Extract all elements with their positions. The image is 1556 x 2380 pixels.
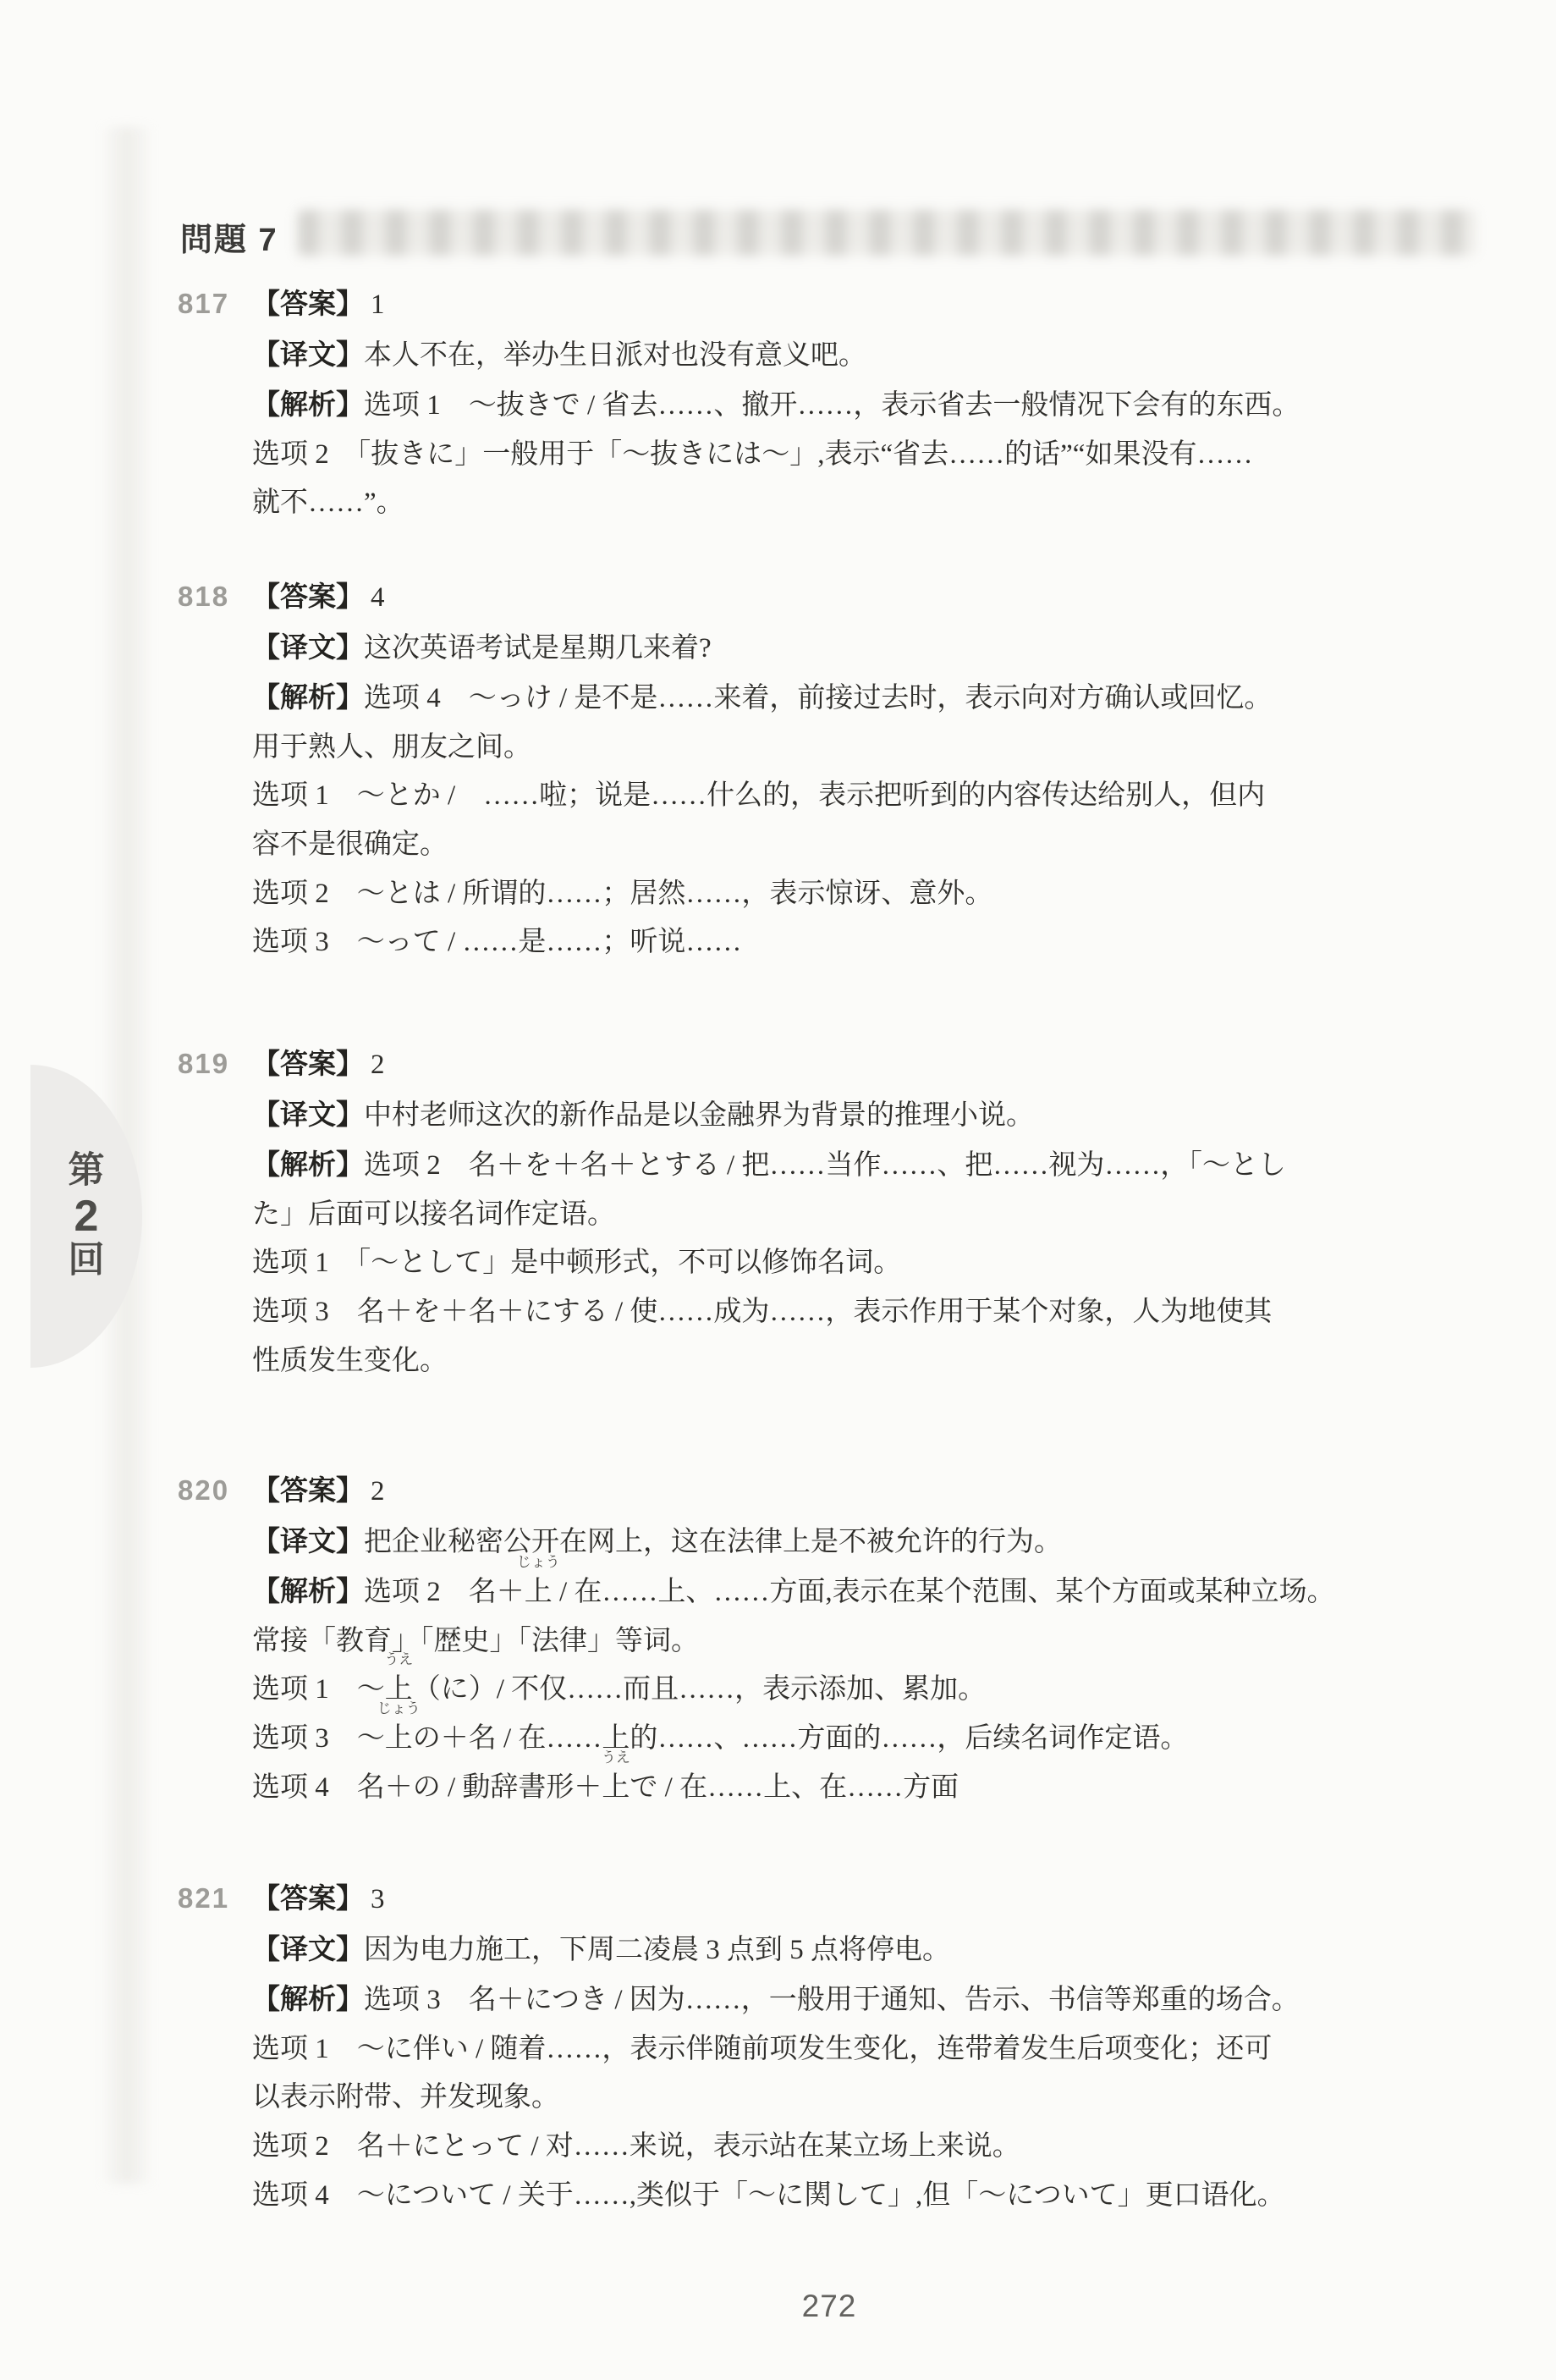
text-line: 选项 1 ～上うえ（に）/ 不仅……而且……，表示添加、累加。 xyxy=(252,1666,1496,1715)
text-line: 选项 2 「抜きに」一般用于「～抜きには～」,表示“省去……的话”“如果没有…… xyxy=(252,431,1496,480)
text-line: 选项 3 名＋を＋名＋にする / 使……成为……，表示作用于某个对象，人为地使其 xyxy=(252,1288,1496,1337)
text-line: 选项 1 ～とか / ……啦；说是……什么的，表示把听到的内容传达给别人，但内 xyxy=(252,772,1496,821)
section-label: 【解析】 xyxy=(252,388,364,420)
answer-label: 【答案】 xyxy=(252,581,364,612)
item-number: 818 xyxy=(178,572,229,621)
section-label: 【译文】 xyxy=(252,1525,364,1556)
text-line: 选项 4 名＋の / 動辞書形＋上うえで / 在……上、在……方面 xyxy=(252,1764,1496,1813)
text-line: 【译文】本人不在，举办生日派对也没有意义吧。 xyxy=(252,330,1496,381)
text-line: 【译文】中村老师这次的新作品是以金融界为背景的推理小说。 xyxy=(252,1090,1496,1141)
text-line: 【解析】选项 2 名＋上じょう / 在……上、……方面,表示在某个范围、某个方面… xyxy=(252,1567,1496,1617)
answer-value: 2 xyxy=(371,1476,385,1507)
furigana: じょう xyxy=(377,1701,421,1716)
section-label: 【解析】 xyxy=(252,681,364,713)
text-line: 【译文】因为电力施工，下周二凌晨 3 点到 5 点将停电。 xyxy=(252,1925,1496,1975)
text-line: 就不……”。 xyxy=(252,479,1496,528)
text-line: 性质发生变化。 xyxy=(252,1337,1496,1386)
section-label: 【译文】 xyxy=(252,339,364,370)
furigana: じょう xyxy=(517,1555,560,1569)
answer-label: 【答案】 xyxy=(252,288,364,319)
ruby-base: 上じょう xyxy=(385,1715,413,1764)
answer-item-821: 821【答案】3 【译文】因为电力施工，下周二凌晨 3 点到 5 点将停电。 【… xyxy=(252,1874,1496,2220)
text-line: 【译文】这次英语考试是星期几来着? xyxy=(252,623,1496,674)
section-label: 【译文】 xyxy=(252,631,364,663)
section-label: 【解析】 xyxy=(252,1149,364,1180)
text-line: 选项 1 「～として」是中顿形式，不可以修饰名词。 xyxy=(252,1239,1496,1288)
answer-line: 821【答案】3 xyxy=(252,1874,1496,1925)
text-line: 以表示附带、并发现象。 xyxy=(252,2074,1496,2123)
answer-value: 1 xyxy=(371,289,385,320)
text-line: 容不是很确定。 xyxy=(252,821,1496,870)
section-label: 【解析】 xyxy=(252,1575,364,1606)
answer-item-820: 820【答案】2 【译文】把企业秘密公开在网上，这在法律上是不被允许的行为。 【… xyxy=(252,1466,1496,1812)
page-number: 272 xyxy=(802,2289,857,2324)
text-line: 用于熟人、朋友之间。 xyxy=(252,724,1496,773)
answer-label: 【答案】 xyxy=(252,1048,364,1079)
answer-line: 820【答案】2 xyxy=(252,1466,1496,1517)
side-tab-char: 2 xyxy=(74,1193,99,1240)
bleed-through-smudge xyxy=(298,210,1476,256)
answer-item-817: 817【答案】1 【译文】本人不在，举办生日派对也没有意义吧。 【解析】选项 1… xyxy=(252,279,1496,528)
text-line: 【解析】选项 4 ～っけ / 是不是……来着，前接过去时，表示向对方确认或回忆。 xyxy=(252,673,1496,724)
furigana: うえ xyxy=(384,1652,413,1667)
text-line: た」后面可以接名词作定语。 xyxy=(252,1191,1496,1240)
item-number: 819 xyxy=(178,1039,229,1088)
text-line: 选项 2 名＋にとって / 对……来说，表示站在某立场上来说。 xyxy=(252,2123,1496,2172)
text-line: 选项 4 ～について / 关于……,类似于「～に関して」,但「～について」更口语… xyxy=(252,2172,1496,2221)
answer-label: 【答案】 xyxy=(252,1882,364,1914)
text-line: 【译文】把企业秘密公开在网上，这在法律上是不被允许的行为。 xyxy=(252,1517,1496,1567)
answer-item-818: 818【答案】4 【译文】这次英语考试是星期几来着? 【解析】选项 4 ～っけ … xyxy=(252,572,1496,967)
text-line: 选项 3 ～上じょうの＋名 / 在……上的……、……方面的……，后续名词作定语。 xyxy=(252,1715,1496,1764)
item-number: 820 xyxy=(178,1466,229,1515)
text-line: 选项 1 ～に伴い / 随着……，表示伴随前项发生变化，连带着发生后项变化；还可 xyxy=(252,2025,1496,2074)
text-line: 【解析】选项 1 ～抜きで / 省去……、撤开……，表示省去一般情况下会有的东西… xyxy=(252,380,1496,431)
text-line: 选项 3 ～って / ……是……；听说…… xyxy=(252,918,1496,967)
answer-line: 817【答案】1 xyxy=(252,279,1496,330)
item-number: 821 xyxy=(178,1874,229,1923)
ruby-base: 上じょう xyxy=(525,1568,553,1617)
answer-value: 2 xyxy=(371,1050,385,1080)
answer-line: 819【答案】2 xyxy=(252,1039,1496,1090)
answer-value: 4 xyxy=(371,582,385,613)
item-number: 817 xyxy=(178,279,229,328)
answer-line: 818【答案】4 xyxy=(252,572,1496,623)
answer-label: 【答案】 xyxy=(252,1474,364,1506)
section-label: 【译文】 xyxy=(252,1099,364,1130)
answer-value: 3 xyxy=(371,1884,385,1914)
text-line: 选项 2 ～とは / 所谓的……；居然……，表示惊讶、意外。 xyxy=(252,870,1496,919)
section-label: 【译文】 xyxy=(252,1933,364,1964)
side-tab-char: 第 xyxy=(69,1149,105,1193)
section-label: 【解析】 xyxy=(252,1983,364,2014)
side-tab-char: 回 xyxy=(69,1239,105,1283)
text-line: 常接「教育」「歴史」「法律」等词。 xyxy=(252,1617,1496,1667)
answer-item-819: 819【答案】2 【译文】中村老师这次的新作品是以金融界为背景的推理小说。 【解… xyxy=(252,1039,1496,1386)
text-line: 【解析】选项 3 名＋につき / 因为……，一般用于通知、告示、书信等郑重的场合… xyxy=(252,1975,1496,2025)
section-header: 問題 7 xyxy=(180,213,278,260)
furigana: うえ xyxy=(602,1750,630,1765)
ruby-base: 上うえ xyxy=(602,1764,630,1813)
scanned-book-page: 問題 7 817【答案】1 【译文】本人不在，举办生日派对也没有意义吧。 【解析… xyxy=(0,0,1556,2380)
text-line: 【解析】选项 2 名＋を＋名＋とする / 把……当作……、把……视为……，「～と… xyxy=(252,1140,1496,1191)
